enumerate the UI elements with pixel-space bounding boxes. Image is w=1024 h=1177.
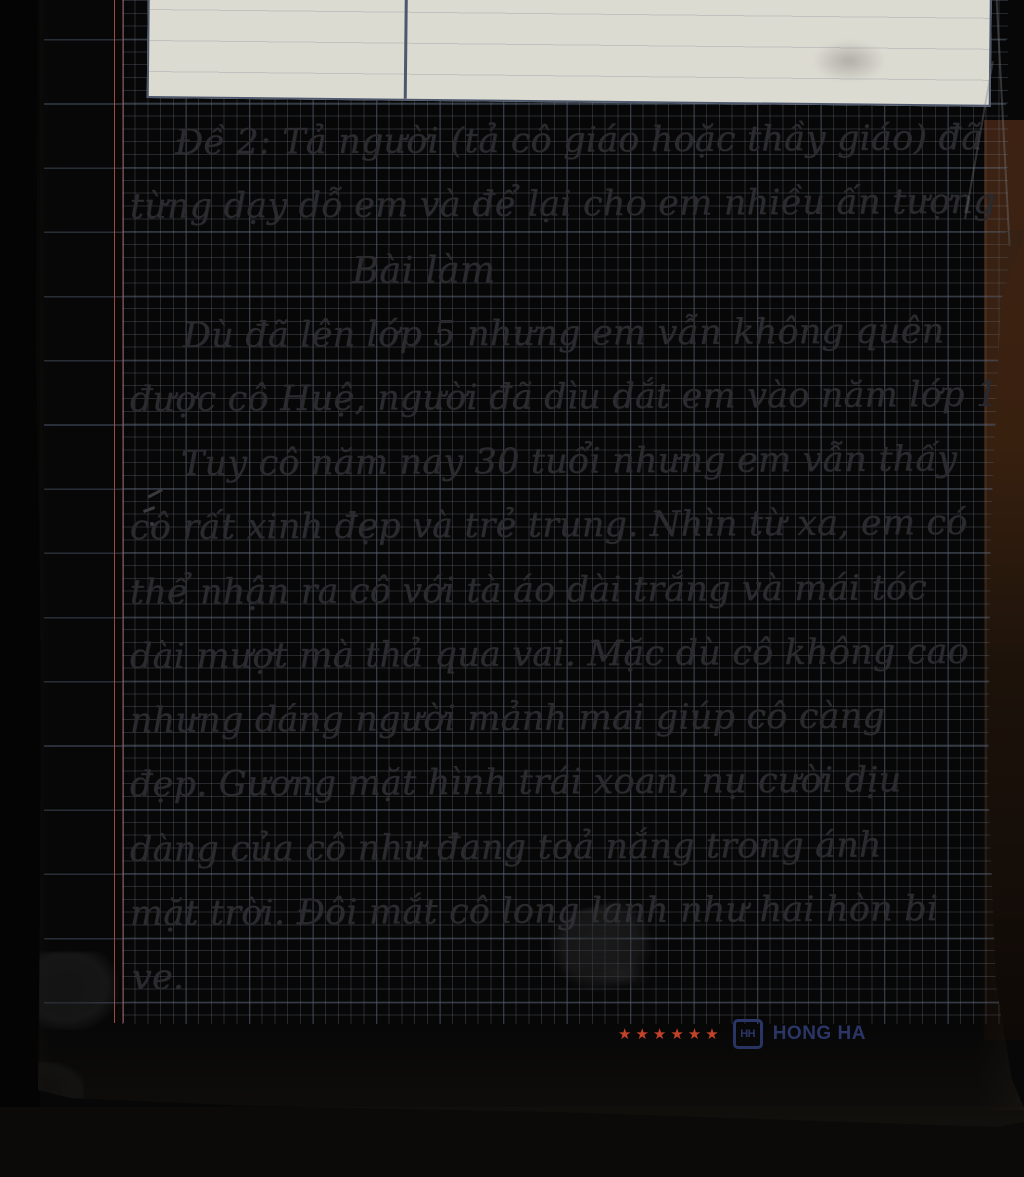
handwritten-line: Dù đã lên lớp 5 nhưng em vẫn không quên (183, 306, 945, 361)
dark-background-left (0, 0, 40, 1177)
handwritten-line: dài mượt mà thả qua vai. Mặc dù cô không… (130, 627, 969, 682)
brand-stars: ★★★★★★ (618, 1027, 723, 1042)
brand-logo-icon: HH (733, 1019, 763, 1049)
handwritten-line: cô rất xinh đẹp và trẻ trung. Nhìn từ xa… (130, 498, 968, 553)
notebook-photo: Đề 2: Tả người (tả cô giáo hoặc thầy giá… (0, 0, 1024, 1177)
brand-name: HONG HA (773, 1023, 866, 1045)
handwritten-line: đẹp. Gương mặt hình trái xoan, nụ cười d… (130, 755, 902, 810)
notebook-page: Đề 2: Tả người (tả cô giáo hoặc thầy giá… (0, 0, 1024, 1177)
handwritten-line: mặt trời. Đôi mắt cô long lanh như hai h… (130, 884, 939, 939)
handwritten-line: thể nhận ra cô với tà áo dài trắng và má… (130, 563, 927, 618)
handwritten-line: Đề 2: Tả người (tả cô giáo hoặc thầy giá… (175, 113, 983, 168)
handwritten-heading: Bài làm (352, 245, 496, 296)
red-margin-line (114, 0, 124, 1023)
grade-box-divider (404, 0, 408, 99)
handwritten-line: ve. (132, 953, 185, 1003)
handwritten-line: nhưng dáng người mảnh mai giúp cô càng (130, 691, 885, 746)
brand-logo-monogram: HH (740, 1028, 755, 1040)
grade-comment-box (147, 0, 992, 107)
handwritten-line: Tuy cô năm nay 30 tuổi nhưng em vẫn thấy (181, 434, 957, 489)
handwritten-line: từng dạy dỗ em và để lại cho em nhiều ấn… (130, 177, 996, 232)
brand-footer: ★★★★★★ HH HONG HA (618, 1018, 866, 1050)
handwritten-line: được cô Huệ, người đã dìu dắt em vào năm… (130, 370, 1010, 425)
handwritten-line: dàng của cô như đang toả nắng trong ánh (130, 820, 882, 875)
